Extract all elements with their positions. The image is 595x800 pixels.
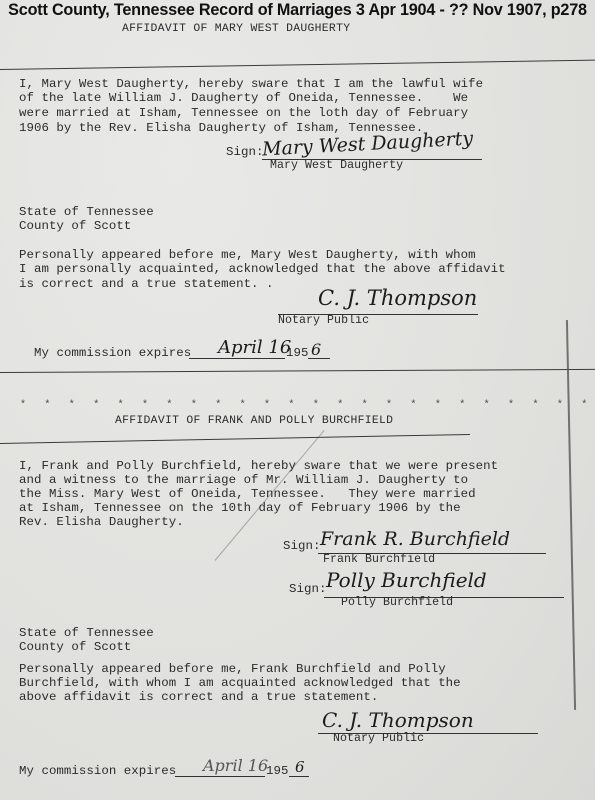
notary-line: Burchfield, with whom I am acquainted ac… [19, 676, 461, 691]
document-page: Scott County, Tennessee Record of Marria… [0, 0, 595, 800]
commission-date-handwritten: April 16 [203, 756, 268, 775]
page-edge-line [566, 320, 576, 710]
body-line: of the late William J. Daugherty of Onei… [19, 91, 468, 106]
commission-year-handwritten: 6 [295, 758, 305, 776]
notary-title: Notary Public [333, 732, 424, 747]
sign-label: Sign: [283, 539, 320, 554]
commission-date-handwritten: April 16 [218, 337, 291, 358]
commission-label: My commission expires [19, 764, 176, 779]
commission-year-printed: 195 [266, 764, 288, 779]
sign-label: Sign: [289, 582, 326, 597]
body-line: Rev. Elisha Daugherty. [19, 515, 184, 530]
commission-label: My commission expires [34, 346, 191, 361]
section-divider [0, 60, 595, 70]
notary-signature: C. J. Thompson [322, 708, 474, 732]
notary-signature: C. J. Thompson [318, 286, 477, 310]
notary-title: Notary Public [278, 314, 369, 329]
section-divider [0, 434, 470, 444]
notary-line: Personally appeared before me, Mary West… [19, 248, 476, 263]
body-line: I, Frank and Polly Burchfield, hereby sw… [19, 459, 498, 474]
body-line: the Miss. Mary West of Oneida, Tennessee… [19, 487, 476, 502]
county-label: County of Scott [19, 219, 131, 234]
section-divider [0, 369, 595, 373]
body-line: I, Mary West Daugherty, hereby sware tha… [19, 77, 483, 92]
affidavit-1-heading: AFFIDAVIT OF MARY WEST DAUGHERTY [122, 22, 350, 37]
typed-name: Mary West Daugherty [270, 159, 403, 174]
commission-year-handwritten: 6 [311, 340, 321, 359]
state-label: State of Tennessee [19, 205, 154, 220]
commission-year-printed: 195 [286, 346, 308, 361]
notary-line: Personally appeared before me, Frank Bur… [19, 662, 446, 677]
notary-line: above affidavit is correct and a true st… [19, 690, 378, 705]
body-line: and a witness to the marriage of Mr. Wil… [19, 473, 468, 488]
county-label: County of Scott [19, 640, 131, 655]
typed-name: Frank Burchfield [323, 553, 435, 568]
notary-line: is correct and a true statement. . [19, 277, 274, 292]
notary-line: I am personally acquainted, acknowledged… [19, 262, 506, 277]
polly-burchfield-signature: Polly Burchfield [326, 568, 487, 592]
commission-date-line [175, 776, 265, 777]
commission-year-line [289, 776, 309, 777]
frank-burchfield-signature: Frank R. Burchfield [320, 528, 510, 550]
star-separator: * * * * * * * * * * * * * * * * * * * * … [20, 400, 595, 411]
commission-year-line [308, 358, 330, 359]
body-line: at Isham, Tennessee on the 10th day of F… [19, 501, 461, 516]
commission-date-line [189, 358, 285, 359]
body-line: were married at Isham, Tennessee on the … [19, 106, 468, 121]
page-title: Scott County, Tennessee Record of Marria… [0, 0, 595, 20]
sign-label: Sign: [226, 145, 263, 160]
typed-name: Polly Burchfield [341, 596, 453, 611]
state-label: State of Tennessee [19, 626, 154, 641]
affidavit-2-heading: AFFIDAVIT OF FRANK AND POLLY BURCHFIELD [115, 414, 393, 429]
